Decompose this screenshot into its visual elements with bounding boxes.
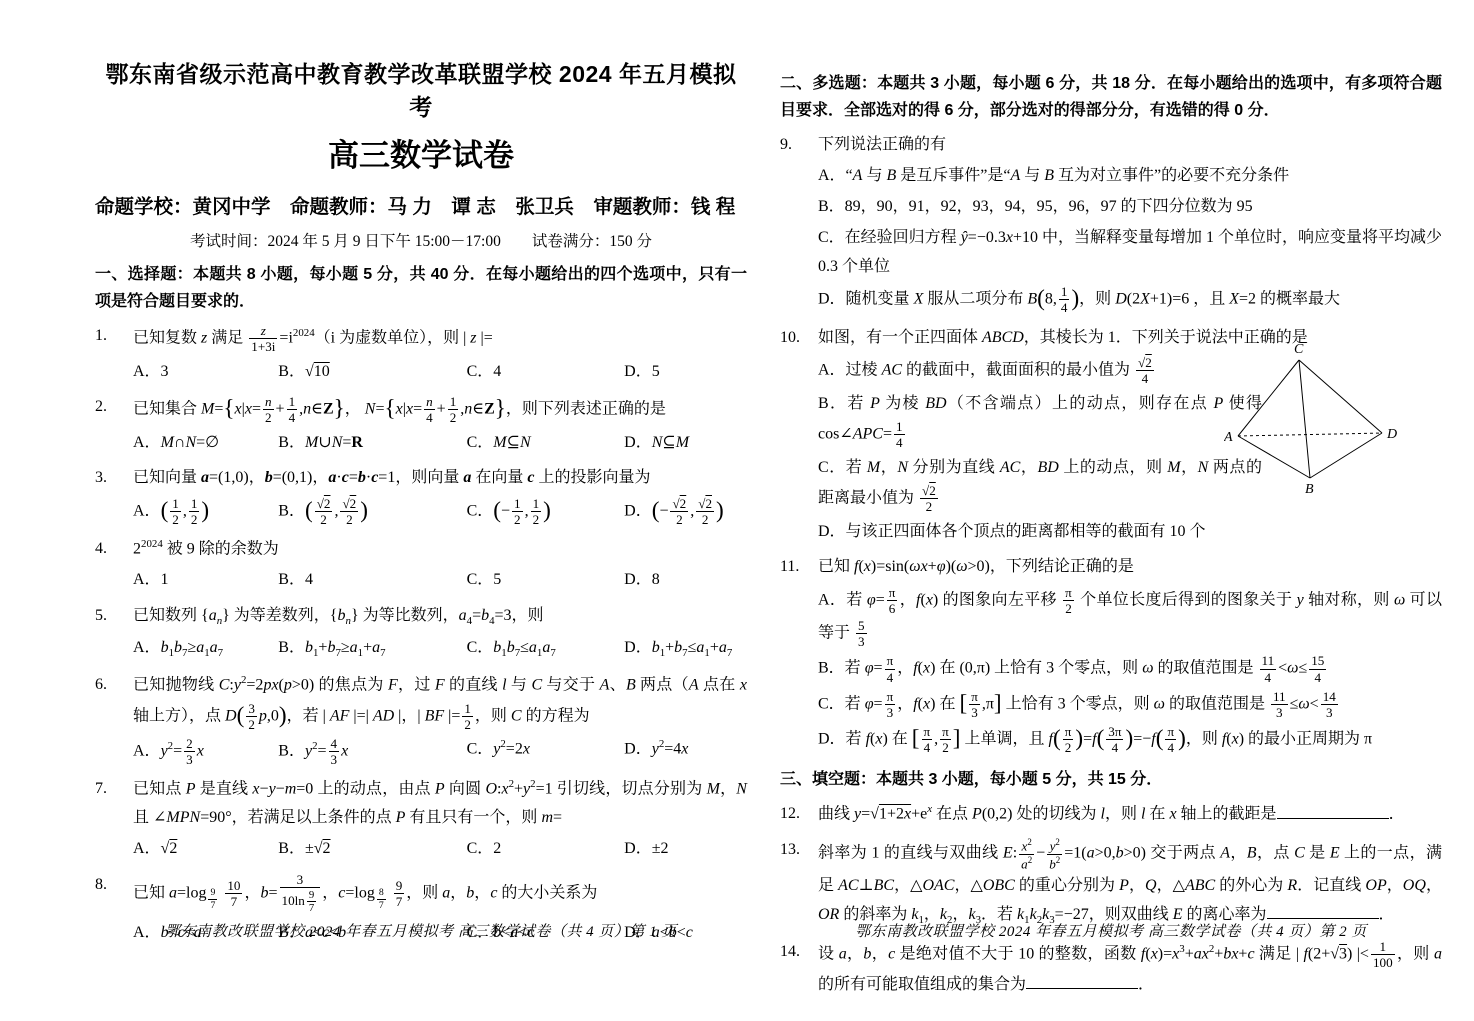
- question-stem: 已知点 P 是直线 x−y−m=0 上的动点，由点 P 向圆 O:x2+y2=1…: [133, 775, 747, 833]
- question-stem: 已知数列 {an} 为等差数列，{bn} 为等比数列，a4=b4=3，则: [133, 602, 747, 632]
- option-d: D．b1+b7≤a1+a7: [624, 634, 747, 664]
- question-number: 1.: [95, 322, 133, 386]
- question-stem: 已知集合 M={x|x=n2+14,n∈Z}， N={x|x=n4+12,n∈Z…: [133, 393, 747, 426]
- section-1-heading: 一、选择题：本题共 8 小题，每小题 5 分，共 40 分．在每小题给出的四个选…: [95, 261, 747, 315]
- question-4: 4. 22024 被 9 除的余数为 A．1 B．4 C．5 D．8: [95, 535, 747, 595]
- option-b: B．√10: [278, 358, 462, 387]
- question-stem: 已知 a=log97 107，b=310ln97，c=log87 97，则 a，…: [133, 871, 747, 917]
- options-row: A．b1b7≥a1a7 B．b1+b7≥a1+a7 C．b1b7≤a1a7 D．…: [133, 634, 747, 664]
- question-number: 4.: [95, 535, 133, 595]
- option-b: B．±√2: [278, 835, 462, 864]
- question-9: 9. 下列说法正确的有 A．“A 与 B 是互斥事件”是“A 与 B 互为对立事…: [780, 131, 1442, 316]
- option-a: A．M∩N=∅: [133, 429, 274, 458]
- exam-sheet: { "doc": { "page1": { "title1": "鄂东南省级示范…: [0, 0, 1474, 1021]
- option-a: A．“A 与 B 是互斥事件”是“A 与 B 互为对立事件”的必要不充分条件: [818, 162, 1442, 191]
- vertex-label-c: C: [1294, 342, 1304, 357]
- options-row: A．y2=23x B．y2=43x C．y2=2x D．y2=4x: [133, 735, 747, 768]
- section-2-heading: 二、多选题：本题共 3 小题，每小题 6 分，共 18 分．在每小题给出的选项中…: [780, 70, 1442, 124]
- option-a: A．b1b7≥a1a7: [133, 634, 274, 664]
- option-b: B．(√22,√22): [278, 495, 462, 528]
- question-stem: 下列说法正确的有: [818, 131, 1442, 160]
- question-1: 1. 已知复数 z 满足 z1+3i=i2024（i 为虚数单位），则 | z …: [95, 322, 747, 386]
- question-number: 5.: [95, 602, 133, 664]
- option-d: D．y2=4x: [624, 735, 747, 768]
- question-2: 2. 已知集合 M={x|x=n2+14,n∈Z}， N={x|x=n4+12,…: [95, 393, 747, 457]
- option-b: B．M∪N=R: [278, 429, 462, 458]
- question-stem: 已知复数 z 满足 z1+3i=i2024（i 为虚数单位），则 | z |=: [133, 322, 747, 355]
- option-b: B．89，90，91，92，93，94，95，96，97 的下四分位数为 95: [818, 193, 1442, 222]
- vertex-label-b: B: [1305, 482, 1314, 497]
- option-d: D．与该正四面体各个顶点的距离都相等的截面有 10 个: [818, 518, 1262, 547]
- options-list: A．若 φ=π6，f(x) 的图象向左平移 π2 个单位长度后得到的图象关于 y…: [818, 584, 1442, 756]
- option-c: C．b1b7≤a1a7: [467, 634, 621, 664]
- question-5: 5. 已知数列 {an} 为等差数列，{bn} 为等比数列，a4=b4=3，则 …: [95, 602, 747, 664]
- option-d: D．若 f(x) 在 [π4,π2] 上单调，且 f(π2)=f(3π4)=−f…: [818, 723, 1442, 756]
- question-6: 6. 已知抛物线 C:y2=2px(p>0) 的焦点为 F，过 F 的直线 l …: [95, 671, 747, 769]
- question-stem: 已知向量 a=(1,0)，b=(0,1)，a·c=b·c=1，则向量 a 在向量…: [133, 464, 747, 493]
- option-c: C．(−12,12): [467, 495, 621, 528]
- exam-info-line: 考试时间：2024 年 5 月 9 日下午 15:00－17:00 试卷满分：1…: [95, 229, 747, 251]
- question-stem: 斜率为 1 的直线与双曲线 E:x2a2−y2b2=1(a>0,b>0) 交于两…: [818, 836, 1442, 930]
- exam-title-line2: 高三数学试卷: [95, 130, 747, 175]
- option-a: A．(12,12): [133, 495, 274, 528]
- options-list: A．“A 与 B 是互斥事件”是“A 与 B 互为对立事件”的必要不充分条件 B…: [818, 162, 1442, 316]
- option-b: B．y2=43x: [278, 735, 462, 768]
- option-d: D．N⊆M: [624, 429, 747, 458]
- option-b: B．若 φ=π4，f(x) 在 (0,π) 上恰有 3 个零点，则 ω 的取值范…: [818, 652, 1442, 685]
- option-b: B．若 P 为棱 BD（不含端点）上的动点，则存在点 P 使得 cos∠APC=…: [818, 390, 1262, 452]
- question-stem: 已知抛物线 C:y2=2px(p>0) 的焦点为 F，过 F 的直线 l 与 C…: [133, 671, 747, 733]
- question-number: 3.: [95, 464, 133, 528]
- section-3-heading: 三、填空题：本题共 3 小题，每小题 5 分，共 15 分．: [780, 766, 1442, 793]
- option-d: D．5: [624, 358, 747, 387]
- question-number: 7.: [95, 775, 133, 864]
- option-c: C．在经验回归方程 ŷ=−0.3x+10 中，当解释变量每增加 1 个单位时，响…: [818, 224, 1442, 282]
- options-list: A．过棱 AC 的截面中，截面面积的最小值为 √24 B．若 P 为棱 BD（不…: [818, 354, 1262, 546]
- question-14: 14. 设 a，b，c 是绝对值不大于 10 的整数，函数 f(x)=x3+ax…: [780, 938, 1442, 1000]
- question-number: 11.: [780, 553, 818, 756]
- option-a: A．3: [133, 358, 274, 387]
- question-number: 2.: [95, 393, 133, 457]
- option-d: D．(−√22,√22): [624, 495, 747, 528]
- option-d: D．8: [624, 566, 747, 595]
- exam-authors-line: 命题学校：黄冈中学 命题教师：马 力 谭 志 张卫兵 审题教师：钱 程: [95, 191, 747, 219]
- question-13: 13. 斜率为 1 的直线与双曲线 E:x2a2−y2b2=1(a>0,b>0)…: [780, 836, 1442, 930]
- page-1-footer: 鄂东南教改联盟学校 2024 年春五月模拟考 高三数学试卷（共 4 页）第 1 …: [95, 920, 747, 941]
- page-1: 鄂东南省级示范高中教育教学改革联盟学校 2024 年五月模拟考 高三数学试卷 命…: [95, 0, 747, 1021]
- option-c: C．若 φ=π3，f(x) 在 [π3,π] 上恰有 3 个零点，则 ω 的取值…: [818, 688, 1442, 721]
- options-row: A．1 B．4 C．5 D．8: [133, 566, 747, 595]
- question-3: 3. 已知向量 a=(1,0)，b=(0,1)，a·c=b·c=1，则向量 a …: [95, 464, 747, 528]
- option-a: A．1: [133, 566, 274, 595]
- options-row: A．3 B．√10 C．4 D．5: [133, 358, 747, 387]
- exam-title-line1: 鄂东南省级示范高中教育教学改革联盟学校 2024 年五月模拟考: [95, 56, 747, 122]
- option-c: C．若 M，N 分别为直线 AC，BD 上的动点，则 M，N 两点的距离最小值为…: [818, 454, 1262, 516]
- option-d: D．±2: [624, 835, 747, 864]
- option-b: B．4: [278, 566, 462, 595]
- question-number: 10.: [780, 324, 818, 547]
- question-number: 13.: [780, 836, 818, 930]
- option-c: C．y2=2x: [467, 735, 621, 768]
- option-d: D．随机变量 X 服从二项分布 B(8,14)，则 D(2X+1)=6 ，且 X…: [818, 283, 1442, 316]
- tetrahedron-svg: C A D B: [1224, 340, 1402, 500]
- question-number: 12.: [780, 800, 818, 829]
- page-2-footer: 鄂东南教改联盟学校 2024 年春五月模拟考 高三数学试卷（共 4 页）第 2 …: [780, 920, 1442, 941]
- option-c: C．M⊆N: [467, 429, 621, 458]
- vertex-label-a: A: [1224, 430, 1233, 445]
- option-a: A．√2: [133, 835, 274, 864]
- option-a: A．过棱 AC 的截面中，截面面积的最小值为 √24: [818, 354, 1262, 387]
- question-stem: 设 a，b，c 是绝对值不大于 10 的整数，函数 f(x)=x3+ax2+bx…: [818, 938, 1442, 1000]
- option-c: C．4: [467, 358, 621, 387]
- page-2: 二、多选题：本题共 3 小题，每小题 6 分，共 18 分．在每小题给出的选项中…: [780, 0, 1442, 1021]
- question-11: 11. 已知 f(x)=sin(ωx+φ)(ω>0)，下列结论正确的是 A．若 …: [780, 553, 1442, 756]
- tetrahedron-figure: C A D B: [1224, 340, 1402, 500]
- question-12: 12. 曲线 y=√1+2x+ex 在点 P(0,2) 处的切线为 l，则 l …: [780, 800, 1442, 829]
- question-number: 14.: [780, 938, 818, 1000]
- options-row: A．√2 B．±√2 C．2 D．±2: [133, 835, 747, 864]
- options-row: A．M∩N=∅ B．M∪N=R C．M⊆N D．N⊆M: [133, 429, 747, 458]
- option-a: A．y2=23x: [133, 735, 274, 768]
- option-c: C．2: [467, 835, 621, 864]
- vertex-label-d: D: [1386, 427, 1397, 442]
- question-number: 9.: [780, 131, 818, 316]
- question-stem: 22024 被 9 除的余数为: [133, 535, 747, 564]
- question-stem: 曲线 y=√1+2x+ex 在点 P(0,2) 处的切线为 l，则 l 在 x …: [818, 800, 1442, 829]
- question-number: 6.: [95, 671, 133, 769]
- option-b: B．b1+b7≥a1+a7: [278, 634, 462, 664]
- question-stem: 已知 f(x)=sin(ωx+φ)(ω>0)，下列结论正确的是: [818, 553, 1442, 582]
- question-7: 7. 已知点 P 是直线 x−y−m=0 上的动点，由点 P 向圆 O:x2+y…: [95, 775, 747, 864]
- options-row: A．(12,12) B．(√22,√22) C．(−12,12) D．(−√22…: [133, 495, 747, 528]
- option-a: A．若 φ=π6，f(x) 的图象向左平移 π2 个单位长度后得到的图象关于 y…: [818, 584, 1442, 650]
- option-c: C．5: [467, 566, 621, 595]
